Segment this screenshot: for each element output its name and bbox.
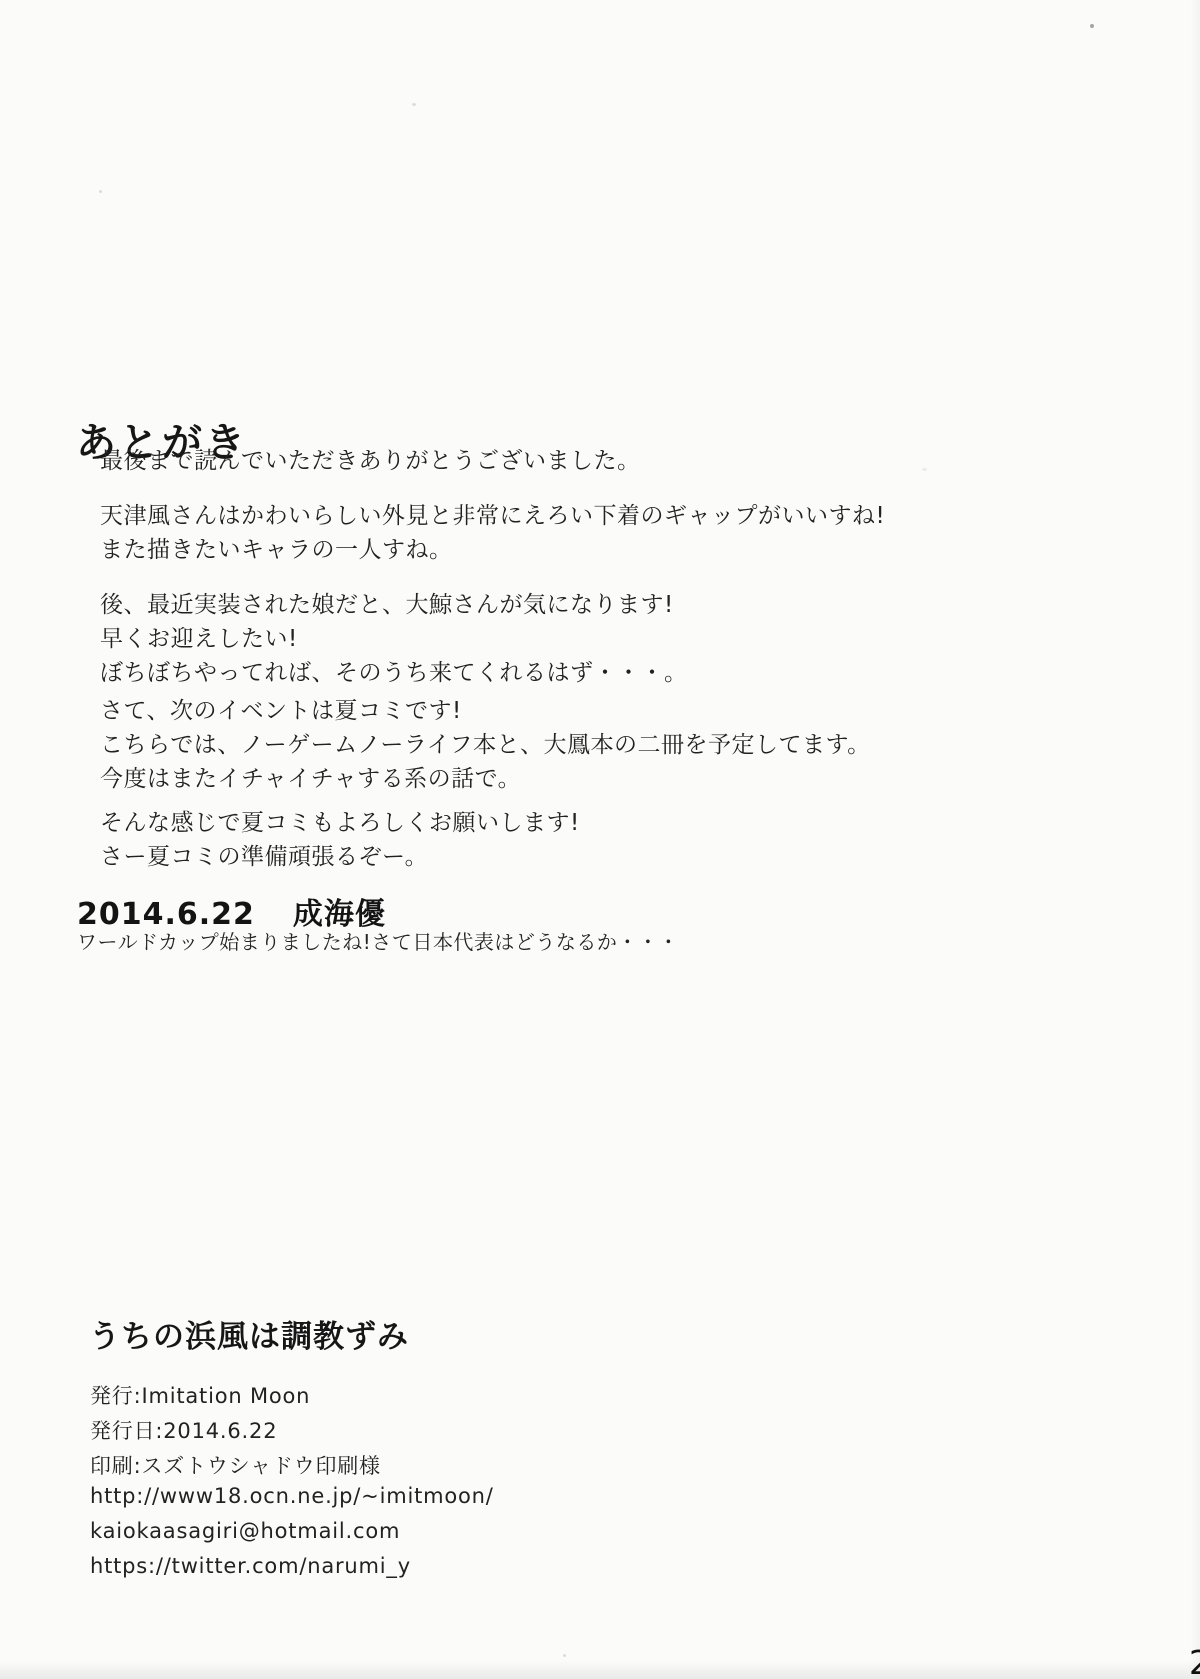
text-line: こちらでは、ノーゲームノーライフ本と、大鳳本の二冊を予定してます。 (100, 728, 871, 762)
text-line: 早くお迎えしたい! (100, 622, 688, 656)
text-line: さて、次のイベントは夏コミです! (100, 694, 871, 728)
scan-speck (1090, 24, 1094, 28)
signature-note: ワールドカップ始まりましたね!さて日本代表はどうなるか・・・ (77, 926, 679, 955)
colophon-line: 発行:Imitation Moon (90, 1380, 494, 1415)
afterword-paragraph-3: 後、最近実装された娘だと、大鯨さんが気になります!早くお迎えしたい!ぼちぼちやっ… (100, 588, 688, 690)
book-title: うちの浜風は調教ずみ (89, 1311, 409, 1356)
colophon-line: https://twitter.com/narumi_y (90, 1554, 494, 1589)
colophon-line: 発行日:2014.6.22 (90, 1415, 494, 1450)
colophon-line: http://www18.ocn.ne.jp/~imitmoon/ (90, 1484, 494, 1519)
afterword-paragraph-5: そんな感じで夏コミもよろしくお願いします!さー夏コミの準備頑張るぞー。 (100, 806, 580, 874)
colophon-line: 印刷:スズトウシャドウ印刷様 (90, 1450, 494, 1485)
text-line: 後、最近実装された娘だと、大鯨さんが気になります! (100, 588, 688, 622)
text-line: ぼちぼちやってれば、そのうち来てくれるはず・・・。 (100, 656, 688, 690)
colophon-block: 発行:Imitation Moon発行日:2014.6.22印刷:スズトウシャド… (90, 1380, 494, 1589)
scan-speck (412, 103, 416, 106)
afterword-paragraph-1: 最後まで読んでいただきありがとうございました。 (100, 444, 641, 478)
scan-speck (563, 1654, 566, 1657)
afterword-paragraph-4: さて、次のイベントは夏コミです!こちらでは、ノーゲームノーライフ本と、大鳳本の二… (100, 694, 871, 796)
colophon-line: kaiokaasagiri@hotmail.com (90, 1519, 494, 1554)
text-line: また描きたいキャラの一人すね。 (100, 533, 885, 567)
text-line: 最後まで読んでいただきありがとうございました。 (100, 444, 641, 478)
page-number: 2 (1189, 1643, 1200, 1679)
scan-speck (99, 190, 102, 193)
text-line: そんな感じで夏コミもよろしくお願いします! (100, 806, 580, 840)
scanned-afterword-page: あとがき 最後まで読んでいただきありがとうございました。 天津風さんはかわいらし… (0, 0, 1200, 1679)
scan-speck (922, 468, 927, 471)
afterword-paragraph-2: 天津風さんはかわいらしい外見と非常にえろい下着のギャップがいいすね!また描きたい… (100, 499, 885, 567)
text-line: 天津風さんはかわいらしい外見と非常にえろい下着のギャップがいいすね! (100, 499, 885, 533)
text-line: さー夏コミの準備頑張るぞー。 (100, 840, 580, 874)
text-line: 今度はまたイチャイチャする系の話で。 (100, 762, 871, 796)
